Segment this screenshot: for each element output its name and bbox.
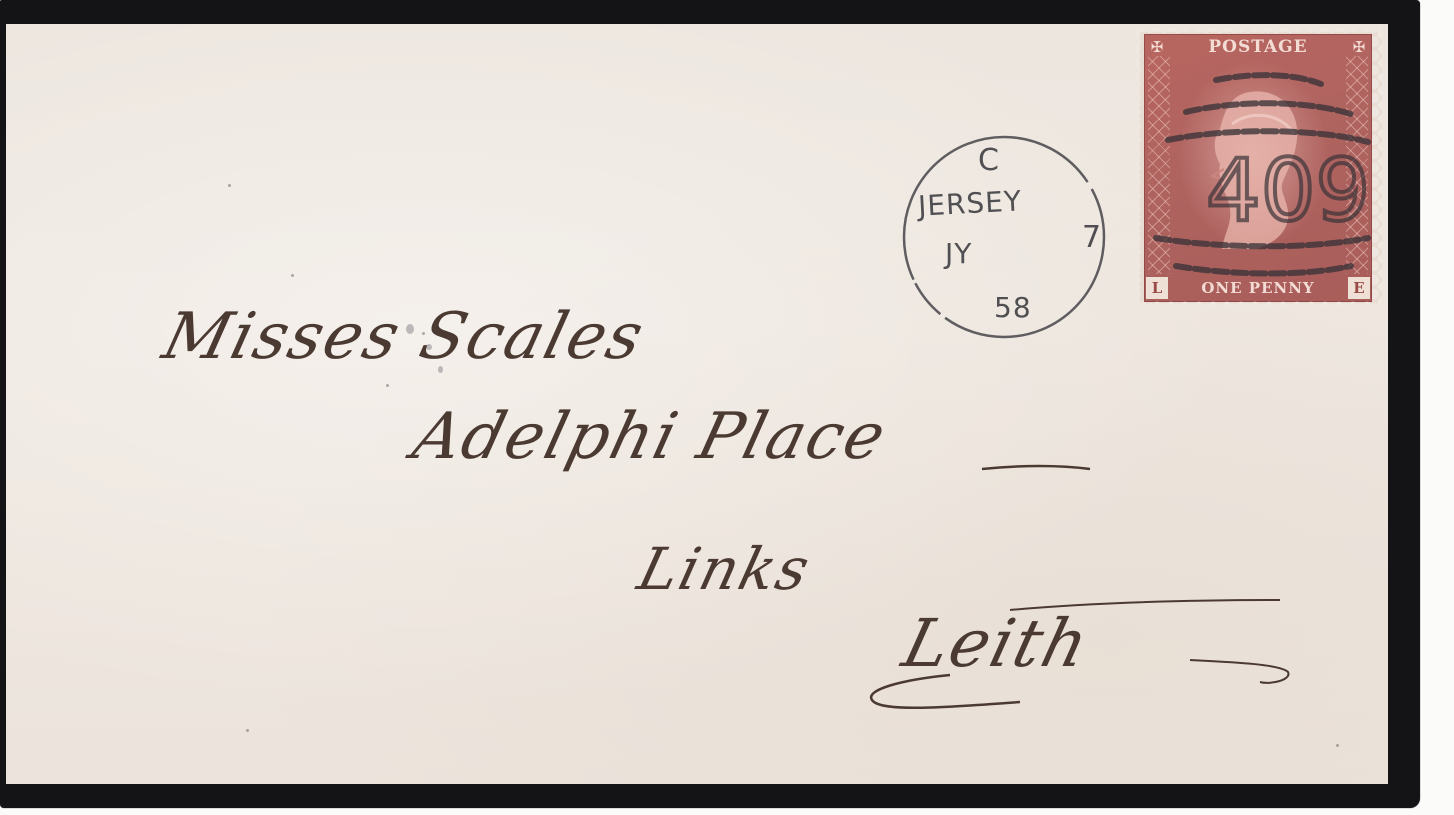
stamp-corner-letter-right: E [1348,277,1370,299]
stamp-lattice-right [1346,56,1368,274]
address-recipient: Misses Scales [156,300,652,374]
address-street: Adelphi Place [406,400,894,474]
stamp-lattice-left [1148,56,1170,274]
paper-speck [291,274,294,277]
stamp-corner-star-icon: ✠ [1348,36,1370,58]
paper-speck [228,184,231,187]
penny-red-stamp: POSTAGE ✠ ✠ L ONE PENNY E [1144,34,1372,302]
stamp-header: POSTAGE [1144,37,1372,57]
address-district: Links [632,535,818,603]
paper-speck [1336,744,1339,747]
queen-victoria-portrait-icon [1202,84,1312,254]
paper-speck [246,729,249,732]
address-town: Leith [895,605,1097,682]
scene: POSTAGE ✠ ✠ L ONE PENNY E 409 C JERSEY J… [0,0,1454,815]
paper-speck [386,384,389,387]
stamp-corner-star-icon: ✠ [1146,36,1168,58]
stamp-corner-letter-left: L [1146,277,1168,299]
stamp-value: ONE PENNY [1170,277,1346,299]
